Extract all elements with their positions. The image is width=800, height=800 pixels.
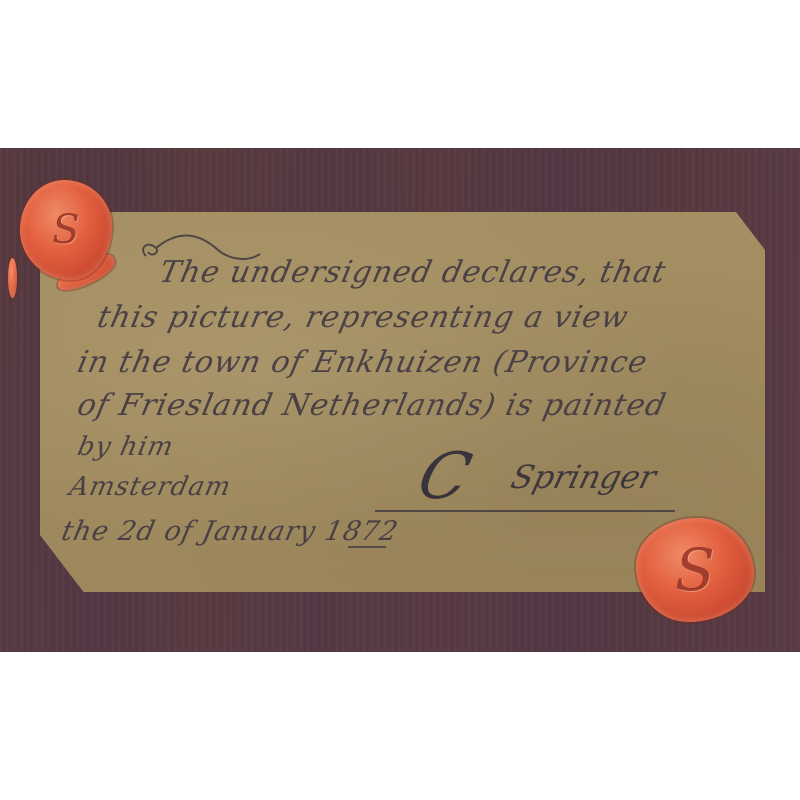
seal-monogram-icon: S	[636, 518, 754, 622]
label-line: of Friesland Netherlands) is painted	[74, 388, 669, 423]
label-line: The undersigned declares, that	[156, 255, 669, 290]
label-line: in the town of Enkhuizen (Province	[74, 345, 651, 380]
label-line: by him	[75, 432, 177, 462]
seal-monogram-icon: S	[20, 180, 112, 280]
signature-name: Springer	[507, 458, 660, 496]
label-line: this picture, representing a view	[94, 300, 631, 335]
wax-seal-top-left: S	[20, 180, 112, 280]
label-line: Amsterdam	[67, 472, 234, 502]
signature-underline	[375, 510, 675, 512]
wax-fleck	[8, 258, 17, 298]
label-line: the 2d of January 1872	[59, 516, 402, 547]
wax-seal-bottom-right: S	[636, 518, 754, 622]
date-underline	[348, 546, 386, 548]
